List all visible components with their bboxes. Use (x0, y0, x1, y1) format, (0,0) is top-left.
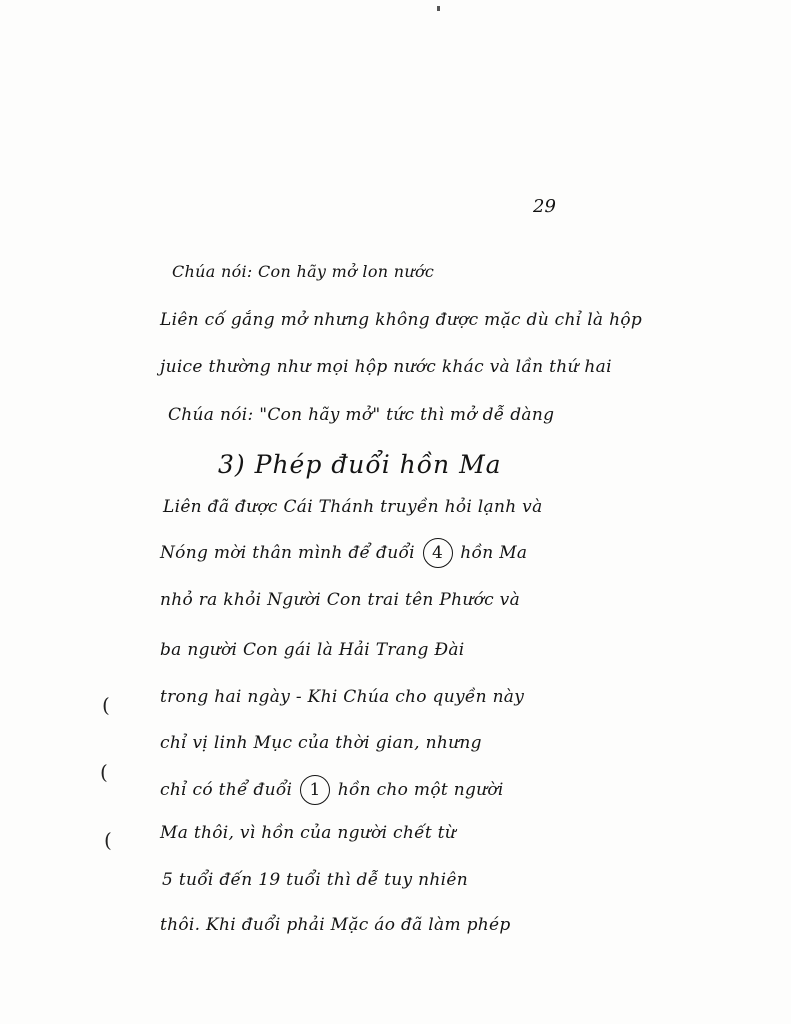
margin-bracket-mark: ( (102, 693, 110, 717)
handwritten-line: chỉ vị linh Mục của thời gian, nhưng (160, 733, 482, 753)
handwritten-line: 5 tuổi đến 19 tuổi thì dễ tuy nhiên (162, 870, 468, 890)
circled-number: 1 (300, 775, 330, 805)
line-text-after: hồn cho một người (332, 780, 504, 800)
handwritten-line: ba người Con gái là Hải Trang Đài (160, 640, 465, 660)
page-number: 29 (533, 196, 556, 217)
handwritten-line: nhỏ ra khỏi Người Con trai tên Phước và (160, 590, 520, 610)
section-number: 3) (218, 450, 246, 479)
margin-bracket-mark: ( (100, 760, 108, 784)
section-heading: 3) Phép đuổi hồn Ma (218, 450, 502, 479)
line-text-before: chỉ có thể đuổi (160, 780, 298, 800)
line-text-after: hồn Ma (455, 543, 528, 563)
scanned-handwritten-page: 29 Chúa nói: Con hãy mở lon nướcLiên cố … (0, 0, 791, 1024)
handwritten-line: Nóng mời thân mình để đuổi 4 hồn Ma (160, 538, 527, 568)
handwritten-line: Chúa nói: "Con hãy mở" tức thì mở dễ dàn… (168, 405, 554, 425)
circled-number: 4 (423, 538, 453, 568)
margin-bracket-mark: ( (104, 828, 112, 852)
handwritten-line: Liên đã được Cái Thánh truyền hỏi lạnh v… (163, 497, 543, 517)
handwritten-line: thôi. Khi đuổi phải Mặc áo đã làm phép (160, 915, 511, 935)
handwritten-line: trong hai ngày - Khi Chúa cho quyền này (160, 687, 524, 707)
handwritten-line: Chúa nói: Con hãy mở lon nước (172, 262, 434, 281)
handwritten-line: Ma thôi, vì hồn của người chết từ (160, 823, 456, 843)
line-text-before: Nóng mời thân mình để đuổi (160, 543, 421, 563)
scan-speck (437, 6, 440, 11)
handwritten-line: chỉ có thể đuổi 1 hồn cho một người (160, 775, 504, 805)
handwritten-line: Liên cố gắng mở nhưng không được mặc dù … (160, 310, 642, 330)
section-title: Phép đuổi hồn Ma (255, 450, 502, 479)
handwritten-line: juice thường như mọi hộp nước khác và lầ… (160, 357, 612, 377)
